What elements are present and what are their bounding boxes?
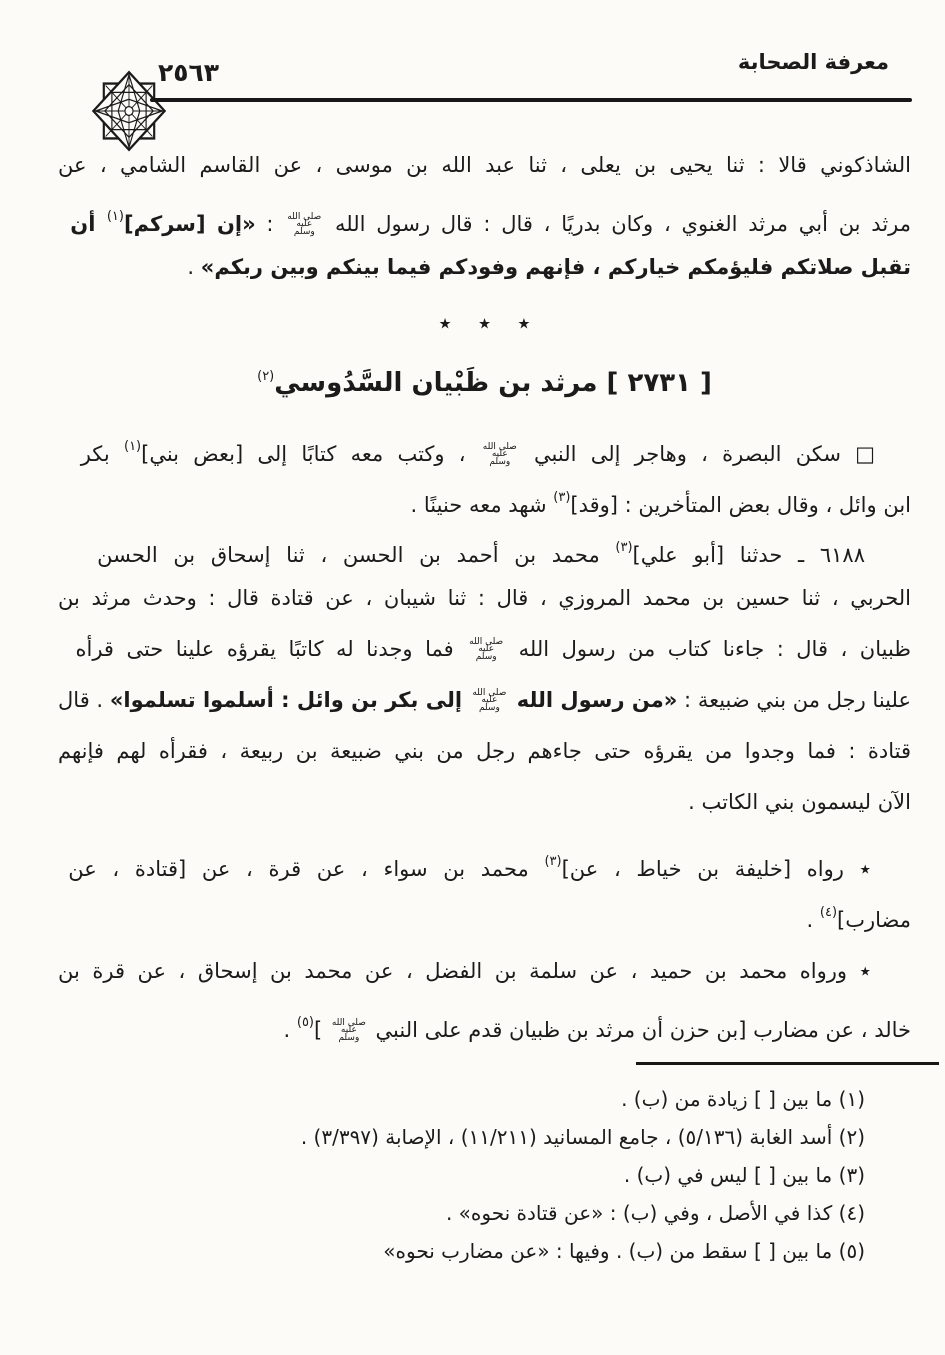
narration-note-1: ٭ رواه [خليفة بن خياط ، عن](٣) محمد بن س… (58, 836, 911, 938)
text-line: خالد ، عن مضارب [بن حزن أن مرثد بن ظبيان… (58, 997, 911, 1048)
text-line: (٥) ما بين [ ] سقط من (ب) . وفيها : «عن … (58, 1232, 865, 1270)
text-segment: قتادة : فما وجدوا من يقرؤه حتى جاءهم رجل… (58, 739, 911, 763)
stars-glyphs: ٭ ٭ ٭ (439, 309, 531, 337)
text-segment: الآن ليسمون بني الكاتب . (688, 790, 911, 814)
text-segment: ٭ ورواه محمد بن حميد ، عن سلمة بن الفضل … (58, 959, 871, 983)
text-segment: (٣) ما بين [ ] ليس في (ب) . (624, 1163, 865, 1187)
text-segment: شهد معه حنينًا . (411, 493, 554, 517)
text-line: (٢) أسد الغابة (٥/١٣٦) ، جامع المسانيد (… (58, 1118, 865, 1156)
footnotes-block: (١) ما بين [ ] زيادة من (ب) .(٢) أسد الغ… (58, 1080, 865, 1270)
text-line: الحربي ، ثنا حسين بن محمد المروزي ، قال … (58, 573, 911, 624)
prophet-honorific-stamp: صلى الله عليه وسلم (468, 639, 504, 662)
text-segment: . (284, 1018, 297, 1042)
footnote-ref: (٥) (297, 1015, 314, 1030)
text-line: ٭ رواه [خليفة بن خياط ، عن](٣) محمد بن س… (58, 836, 911, 887)
text-line: □ سكن البصرة ، وهاجر إلى النبي صلى الله … (58, 421, 911, 472)
text-segment: «من رسول الله (509, 688, 677, 712)
text-segment: فما وجدنا له كاتبًا يقرؤه علينا حتى قرأه (75, 637, 466, 661)
text-segment: . قال (58, 688, 110, 712)
prophet-honorific-stamp: صلى الله عليه وسلم (471, 690, 507, 713)
footnote-ref: (٢) (257, 369, 274, 384)
text-segment: محمد بن سواء ، عن قرة ، عن [قتادة ، عن (68, 857, 544, 881)
text-line: ٦١٨٨ ـ حدثنا [أبو علي](٣) محمد بن أحمد ب… (58, 522, 911, 573)
text-segment: ، وكتب معه كتابًا إلى [بعض بني] (141, 442, 480, 466)
text-segment: ابن وائل ، وقال بعض المتأخرين : [وقد] (570, 493, 911, 517)
text-segment: علينا رجل من بني ضبيعة : (677, 688, 911, 712)
prophet-honorific-stamp: صلى الله عليه وسلم (331, 1020, 367, 1043)
footnote-ref: (٣) (544, 854, 561, 869)
entry-heading: [ ٢٧٣١ ] مرثد بن ظَبْيان السَّدُوسي(٢) (58, 348, 911, 406)
text-segment: أن (70, 212, 107, 236)
text-line: مرثد بن أبي مرثد الغنوي ، وكان بدريًا ، … (58, 191, 911, 242)
text-segment: ظبيان ، قال : جاءنا كتاب من رسول الله (506, 637, 911, 661)
footnote-ref: (٣) (615, 540, 632, 555)
text-segment: محمد بن أحمد بن الحسن ، ثنا إسحاق بن الح… (97, 543, 615, 567)
text-segment: (٥) ما بين [ ] سقط من (ب) . وفيها : «عن … (383, 1239, 865, 1263)
text-line: ٭ ورواه محمد بن حميد ، عن سلمة بن الفضل … (58, 946, 911, 997)
section-divider-stars: ٭ ٭ ٭ (58, 300, 911, 346)
text-segment: تقبل صلاتكم فليؤمكم خياركم ، فإنهم وفودك… (201, 255, 911, 279)
text-segment: خالد ، عن مضارب [بن حزن أن مرثد بن ظبيان… (369, 1018, 911, 1042)
text-line: علينا رجل من بني ضبيعة : «من رسول الله ص… (58, 675, 911, 726)
paragraph-continuation-hadith: الشاذكوني قالا : ثنا يحيى بن يعلى ، ثنا … (58, 140, 911, 293)
text-line: قتادة : فما وجدوا من يقرؤه حتى جاءهم رجل… (58, 726, 911, 777)
text-segment: الشاذكوني قالا : ثنا يحيى بن يعلى ، ثنا … (58, 153, 911, 177)
text-segment: ٦١٨٨ ـ حدثنا [أبو علي] (633, 543, 865, 567)
text-segment: . (807, 908, 820, 932)
footnote-ref: (٤) (820, 905, 837, 920)
text-segment: . (187, 255, 200, 279)
book-title: معرفة الصحابة (738, 50, 889, 74)
text-segment: بكر (81, 442, 124, 466)
text-line: الشاذكوني قالا : ثنا يحيى بن يعلى ، ثنا … (58, 140, 911, 191)
text-segment: مرثد بن أبي مرثد الغنوي ، وكان بدريًا ، … (324, 212, 911, 236)
text-segment: ] (314, 1018, 329, 1042)
footnote-ref: (١) (107, 209, 124, 224)
footnote-separator-rule (636, 1062, 939, 1065)
text-segment: □ سكن البصرة ، وهاجر إلى النبي (520, 442, 875, 466)
book-page: ٢٥٦٣ معرفة الصحابة الشاذكوني قالا : ثنا … (0, 0, 945, 1355)
biography-paragraph: □ سكن البصرة ، وهاجر إلى النبي صلى الله … (58, 421, 911, 523)
text-line: (٣) ما بين [ ] ليس في (ب) . (58, 1156, 865, 1194)
header-rule (150, 98, 912, 102)
prophet-honorific-stamp: صلى الله عليه وسلم (286, 214, 322, 237)
text-segment: «إن [سركم] (124, 212, 256, 236)
text-line: (٤) كذا في الأصل ، وفي (ب) : «عن قتادة ن… (58, 1194, 865, 1232)
text-segment: إلى بكر بن وائل : أسلموا تسلموا» (110, 688, 470, 712)
text-segment: الحربي ، ثنا حسين بن محمد المروزي ، قال … (58, 586, 911, 610)
text-line: الآن ليسمون بني الكاتب . (58, 777, 911, 828)
text-line: ظبيان ، قال : جاءنا كتاب من رسول الله صل… (58, 624, 911, 675)
narration-note-2: ٭ ورواه محمد بن حميد ، عن سلمة بن الفضل … (58, 946, 911, 1048)
footnote-ref: (٣) (553, 490, 570, 505)
prophet-honorific-stamp: صلى الله عليه وسلم (482, 444, 518, 467)
text-segment: (٢) أسد الغابة (٥/١٣٦) ، جامع المسانيد (… (301, 1125, 865, 1149)
text-line: (١) ما بين [ ] زيادة من (ب) . (58, 1080, 865, 1118)
text-line: [ ٢٧٣١ ] مرثد بن ظَبْيان السَّدُوسي(٢) (58, 348, 911, 406)
text-segment: [ ٢٧٣١ ] مرثد بن ظَبْيان السَّدُوسي (274, 368, 712, 398)
text-segment: مضارب] (837, 908, 911, 932)
footnote-ref: (١) (124, 439, 141, 454)
text-segment: ٭ رواه [خليفة بن خياط ، عن] (562, 857, 871, 881)
page-number: ٢٥٦٣ (158, 58, 219, 87)
text-segment: : (256, 212, 285, 236)
text-segment: (٤) كذا في الأصل ، وفي (ب) : «عن قتادة ن… (446, 1201, 865, 1225)
text-segment: (١) ما بين [ ] زيادة من (ب) . (621, 1087, 865, 1111)
hadith-6188-paragraph: ٦١٨٨ ـ حدثنا [أبو علي](٣) محمد بن أحمد ب… (58, 522, 911, 828)
